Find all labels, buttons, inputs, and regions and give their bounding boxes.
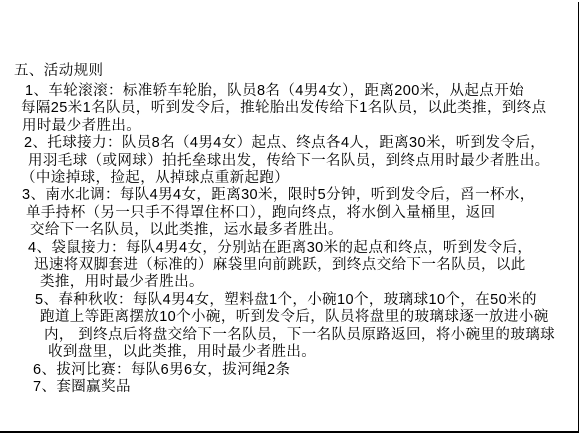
section-heading: 五、活动规则 (0, 62, 582, 80)
document-content: 五、活动规则 1、车轮滚滚：标准轿车轮胎，队员8名（4男4女），距离200米，从… (0, 62, 582, 396)
rule-text-line: 收到盘里，以此类推，用时最少者胜出。 (0, 344, 582, 361)
rule-text-line: 交给下一名队员，以此类推，运水最多者胜出。 (0, 222, 582, 239)
rule-text-line: 迅速将双脚套进（标准的）麻袋里向前跳跃，到终点交给下一名队员，以此 (0, 257, 582, 274)
page-border-right (578, 2, 579, 432)
rule-text-line: 3、南水北调：每队4男4女，距离30米，限时5分钟，听到发令后，舀一杯水， (0, 187, 582, 204)
rule-text-line: 每隔25米1名队员，听到发令后，推轮胎出发传给下1名队员，以此类推，到终点 (0, 100, 582, 117)
rule-lines: 1、车轮滚滚：标准轿车轮胎，队员8名（4男4女），距离200米，从起点开始每隔2… (0, 83, 582, 396)
rule-text-line: 6、拔河比赛：每队6男6女，拔河绳2条 (0, 362, 582, 379)
rule-text-line: 类推，用时最少者胜出。 (0, 274, 582, 291)
rule-text-line: 1、车轮滚滚：标准轿车轮胎，队员8名（4男4女），距离200米，从起点开始 (0, 83, 582, 100)
rule-text-line: 用时最少者胜出。 (0, 118, 582, 135)
page-border-bottom (0, 431, 579, 433)
rule-text-line: 内， 到终点后将盘交给下一名队员，下一名队员原路返回，将小碗里的玻璃球 (0, 327, 582, 344)
rule-text-line: （中途掉球，捡起，从掉球点重新起跑） (0, 170, 582, 187)
document-page: 五、活动规则 1、车轮滚滚：标准轿车轮胎，队员8名（4男4女），距离200米，从… (0, 0, 582, 437)
rule-text-line: 单手持杯（另一只手不得罩住杯口），跑向终点，将水倒入量桶里，返回 (0, 205, 582, 222)
rule-text-line: 用羽毛球（或网球）拍托垒球出发，传给下一名队员，到终点用时最少者胜出。 (0, 153, 582, 170)
rule-text-line: 4、袋鼠接力：每队4男4女，分别站在距离30米的起点和终点，听到发令后， (0, 240, 582, 257)
rule-text-line: 7、套圈赢奖品 (0, 379, 582, 396)
rule-text-line: 5、春种秋收：每队4男4女，塑料盘1个，小碗10个，玻璃球10个，在50米的 (0, 292, 582, 309)
rule-text-line: 跑道上等距离摆放10个小碗，听到发令后，队员将盘里的玻璃球逐一放进小碗 (0, 309, 582, 326)
rule-text-line: 2、托球接力：队员8名（4男4女）起点、终点各4人，距离30米，听到发令后， (0, 135, 582, 152)
